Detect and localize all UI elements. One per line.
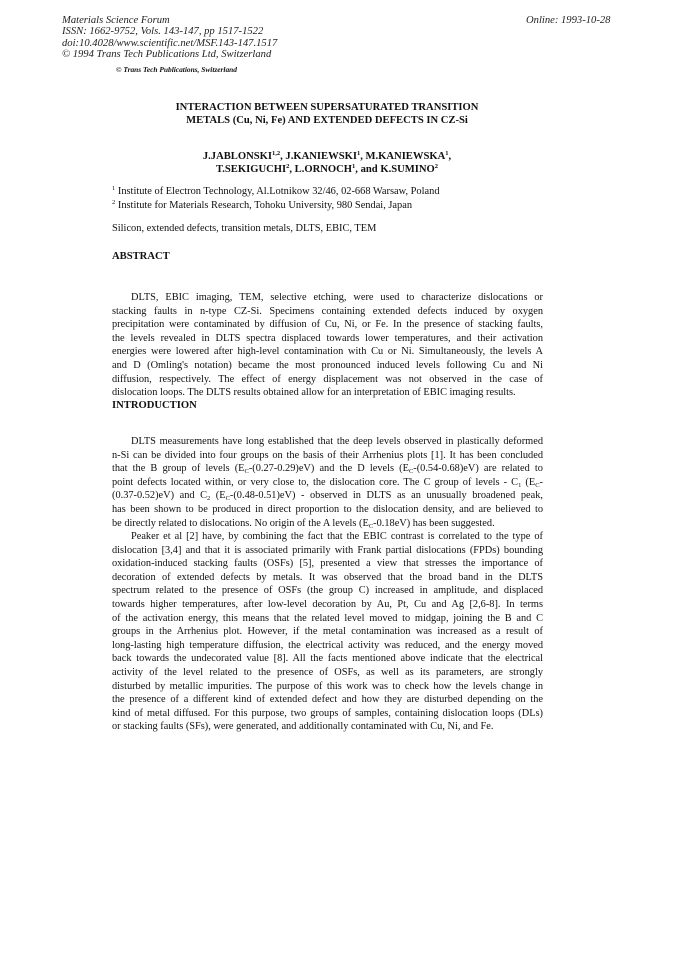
- publisher-stamp: © Trans Tech Publications, Switzerland: [116, 65, 237, 74]
- author: L.ORNOCH: [295, 164, 352, 175]
- citation-header: Materials Science Forum ISSN: 1662-9752,…: [62, 15, 277, 61]
- text-line: diffusion, respectively. The effect of e…: [112, 373, 543, 387]
- text-line: disturbed by metallic impurities. The pu…: [112, 680, 543, 694]
- affiliations: 1 Institute of Electron Technology, Al.L…: [112, 185, 440, 212]
- affiliation-marker: 2: [286, 163, 289, 170]
- paper-title: INTERACTION BETWEEN SUPERSATURATED TRANS…: [112, 101, 542, 127]
- title-line: METALS (Cu, Ni, Fe) AND EXTENDED DEFECTS…: [112, 114, 542, 127]
- text-line: n-Si can be divided into four groups on …: [112, 449, 543, 463]
- text-line: energies were lowered after high-level c…: [112, 345, 543, 359]
- introduction-heading: INTRODUCTION: [112, 399, 197, 412]
- text-line: the presence of a different kind of exte…: [112, 693, 543, 707]
- text-line: oxidation-induced stacking faults (OSFs)…: [112, 557, 543, 571]
- text-line: precipitation were contaminated by diffu…: [112, 318, 543, 332]
- text-line: be directly related to dislocations. No …: [112, 517, 543, 531]
- affiliation-marker: 1: [445, 150, 448, 157]
- text-line: and D (Omling's notation) became the mos…: [112, 359, 543, 373]
- author: J.JABLONSKI: [203, 151, 272, 162]
- affiliation-marker: 1,2: [272, 150, 280, 157]
- affiliation-marker: 2: [435, 163, 438, 170]
- author: J.KANIEWSKI: [285, 151, 357, 162]
- text-line: or stacking faults (SFs), were generated…: [112, 720, 543, 734]
- introduction-paragraph-1: DLTS measurements have long established …: [112, 435, 543, 530]
- text-line: the levels revealed in DLTS spectra disp…: [112, 332, 543, 346]
- text-line: of the activation energy, this means tha…: [112, 612, 543, 626]
- text-line: has been shown to be produced in direct …: [112, 503, 543, 517]
- title-line: INTERACTION BETWEEN SUPERSATURATED TRANS…: [112, 101, 542, 114]
- text-line: groups in the Arrhenius plot. However, i…: [112, 625, 543, 639]
- text-line: back towards the undecorated value [8]. …: [112, 652, 543, 666]
- author-list: J.JABLONSKI1,2, J.KANIEWSKI1, M.KANIEWSK…: [112, 150, 542, 176]
- text-line: kind of metal diffused. For this purpose…: [112, 707, 543, 721]
- text-line: DLTS measurements have long established …: [112, 435, 543, 449]
- text-line: spectrum related to the presence of OSFs…: [112, 584, 543, 598]
- author: T.SEKIGUCHI: [216, 164, 286, 175]
- text-line: point defects located within, or very cl…: [112, 476, 543, 490]
- text-line: dislocation [3,4] and that it is associa…: [112, 544, 543, 558]
- abstract-heading: ABSTRACT: [112, 250, 170, 263]
- text-line: stacking faults in n-type CZ-Si. Specime…: [112, 305, 543, 319]
- affiliation: 2 Institute for Materials Research, Toho…: [112, 199, 440, 213]
- author: K.SUMINO: [380, 164, 434, 175]
- journal-name: Materials Science Forum: [62, 15, 277, 26]
- text-line: towards higher temperatures, after low-l…: [112, 598, 543, 612]
- abstract-body: DLTS, EBIC imaging, TEM, selective etchi…: [112, 291, 543, 400]
- text-line: DLTS, EBIC imaging, TEM, selective etchi…: [112, 291, 543, 305]
- text-line: (0.37-0.52)eV) and C2 (EC-(0.48-0.51)eV)…: [112, 489, 543, 503]
- author: M.KANIEWSKA: [366, 151, 446, 162]
- copyright-line: © 1994 Trans Tech Publications Ltd, Swit…: [62, 49, 277, 60]
- affiliation: 1 Institute of Electron Technology, Al.L…: [112, 185, 440, 199]
- text-line: that the B group of levels (EC-(0.27-0.2…: [112, 462, 543, 476]
- text-line: decoration of extended defects by metals…: [112, 571, 543, 585]
- keywords: Silicon, extended defects, transition me…: [112, 222, 376, 235]
- text-line: long-lasting high temperature diffusion,…: [112, 639, 543, 653]
- doi-line: doi:10.4028/www.scientific.net/MSF.143-1…: [62, 38, 277, 49]
- text-line: dislocation loops. The DLTS results obta…: [112, 386, 543, 400]
- issn-line: ISSN: 1662-9752, Vols. 143-147, pp 1517-…: [62, 26, 277, 37]
- online-date: Online: 1993-10-28: [526, 15, 610, 26]
- affiliation-marker: 1: [352, 163, 355, 170]
- affiliation-marker: 1: [357, 150, 360, 157]
- text-line: Peaker et al [2] have, by combining the …: [112, 530, 543, 544]
- introduction-paragraph-2: Peaker et al [2] have, by combining the …: [112, 530, 543, 734]
- text-line: activity of the level related to the pre…: [112, 666, 543, 680]
